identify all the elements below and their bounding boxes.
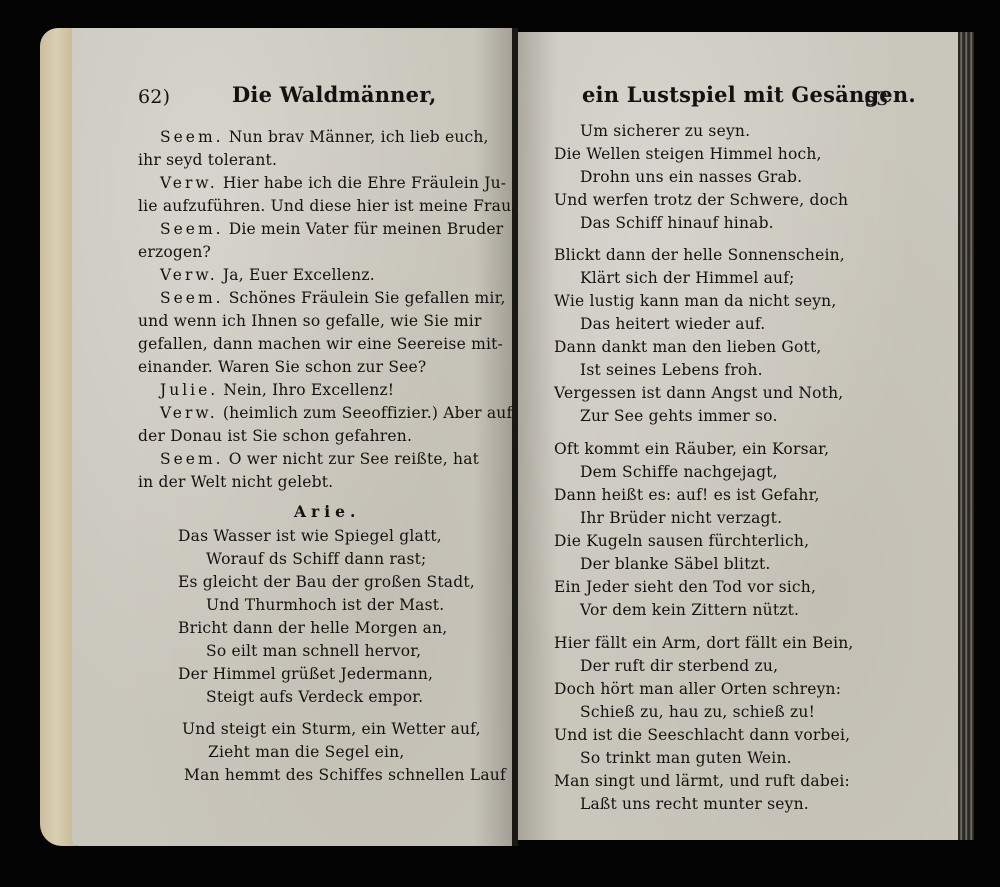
verse-line: Und steigt ein Sturm, ein Wetter auf, (182, 720, 481, 738)
speaker: Julie. (160, 381, 218, 399)
dialogue-line: Seem. Nun brav Männer, ich lieb euch, (160, 128, 489, 146)
verse-line: Ein Jeder sieht den Tod vor sich, (554, 578, 816, 596)
running-head-left: Die Waldmänner, (232, 82, 436, 107)
right-fore-edge (958, 32, 974, 840)
verse-line: Die Wellen steigen Himmel hoch, (554, 145, 822, 163)
dialogue-line: Seem. Die mein Vater für meinen Bruder (160, 220, 503, 238)
verse-line: Man hemmt des Schiffes schnellen Lauf (184, 766, 506, 784)
verse-line: Das Wasser ist wie Spiegel glatt, (178, 527, 442, 545)
verse-line: Blickt dann der helle Sonnenschein, (554, 246, 845, 264)
verse-line: Steigt aufs Verdeck empor. (206, 688, 423, 706)
verse-line: Der blanke Säbel blitzt. (580, 555, 771, 573)
verse-line: Laßt uns recht munter seyn. (580, 795, 809, 813)
dialogue-line: einander. Waren Sie schon zur See? (138, 358, 426, 376)
open-book: 62) Die Waldmänner, Seem. Nun brav Männe… (0, 0, 1000, 887)
verse-line: Doch hört man aller Orten schreyn: (554, 680, 841, 698)
verse-line: Ihr Brüder nicht verzagt. (580, 509, 782, 527)
verse-line: Das Schiff hinauf hinab. (580, 214, 774, 232)
speaker: Verw. (160, 404, 218, 422)
verse-line: Es gleicht der Bau der großen Stadt, (178, 573, 475, 591)
dialogue-line: Verw. (heimlich zum Seeoffizier.) Aber a… (160, 404, 512, 422)
speaker: Seem. (160, 220, 224, 238)
speaker: Verw. (160, 266, 218, 284)
verse-line: Dann dankt man den lieben Gott, (554, 338, 822, 356)
dialogue-line: Verw. Hier habe ich die Ehre Fräulein Ju… (160, 174, 506, 192)
dialogue-line: erzogen? (138, 243, 211, 261)
dialogue-line: der Donau ist Sie schon gefahren. (138, 427, 412, 445)
verse-line: Die Kugeln sausen fürchterlich, (554, 532, 809, 550)
verse-line: Drohn uns ein nasses Grab. (580, 168, 802, 186)
verse-line: Vergessen ist dann Angst und Noth, (554, 384, 843, 402)
dialogue-line: lie aufzuführen. Und diese hier ist mein… (138, 197, 516, 215)
dialogue-line: ihr seyd tolerant. (138, 151, 277, 169)
left-fore-edge (40, 28, 76, 846)
verse-line: Oft kommt ein Räuber, ein Korsar, (554, 440, 829, 458)
dialogue-line: Julie. Nein, Ihro Excellenz! (160, 381, 394, 399)
verse-line: So eilt man schnell hervor, (206, 642, 421, 660)
verse-line: Klärt sich der Himmel auf; (580, 269, 795, 287)
verse-line: So trinkt man guten Wein. (580, 749, 792, 767)
verse-line: Das heitert wieder auf. (580, 315, 765, 333)
aria-title: Arie. (294, 502, 360, 521)
verse-line: Bricht dann der helle Morgen an, (178, 619, 447, 637)
dialogue-line: in der Welt nicht gelebt. (138, 473, 333, 491)
speaker: Verw. (160, 174, 218, 192)
verse-line: Der Himmel grüßet Jedermann, (178, 665, 433, 683)
verse-line: Und werfen trotz der Schwere, doch (554, 191, 848, 209)
dialogue-line: und wenn ich Ihnen so gefalle, wie Sie m… (138, 312, 482, 330)
verse-line: Schieß zu, hau zu, schieß zu! (580, 703, 815, 721)
verse-line: Wie lustig kann man da nicht seyn, (554, 292, 836, 310)
dialogue-line: Seem. O wer nicht zur See reißte, hat (160, 450, 479, 468)
verse-line: Der ruft dir sterbend zu, (580, 657, 778, 675)
verse-line: Und ist die Seeschlacht dann vorbei, (554, 726, 850, 744)
verse-line: Zur See gehts immer so. (580, 407, 778, 425)
verse-line: Zieht man die Segel ein, (208, 743, 404, 761)
dialogue-line: Seem. Schönes Fräulein Sie gefallen mir, (160, 289, 506, 307)
verse-line: Vor dem kein Zittern nützt. (580, 601, 799, 619)
verse-line: Hier fällt ein Arm, dort fällt ein Bein, (554, 634, 854, 652)
speaker: Seem. (160, 128, 224, 146)
page-number-right: 63 (864, 88, 889, 110)
speaker: Seem. (160, 289, 224, 307)
verse-line: Man singt und lärmt, und ruft dabei: (554, 772, 850, 790)
page-number-left: 62) (138, 86, 170, 108)
verse-line: Dem Schiffe nachgejagt, (580, 463, 778, 481)
dialogue-line: Verw. Ja, Euer Excellenz. (160, 266, 375, 284)
verse-line: Und Thurmhoch ist der Mast. (206, 596, 444, 614)
dialogue-line: gefallen, dann machen wir eine Seereise … (138, 335, 503, 353)
speaker: Seem. (160, 450, 224, 468)
verse-line: Um sicherer zu seyn. (580, 122, 750, 140)
verse-line: Ist seines Lebens froh. (580, 361, 763, 379)
verse-line: Worauf ds Schiff dann rast; (206, 550, 426, 568)
verse-line: Dann heißt es: auf! es ist Gefahr, (554, 486, 820, 504)
